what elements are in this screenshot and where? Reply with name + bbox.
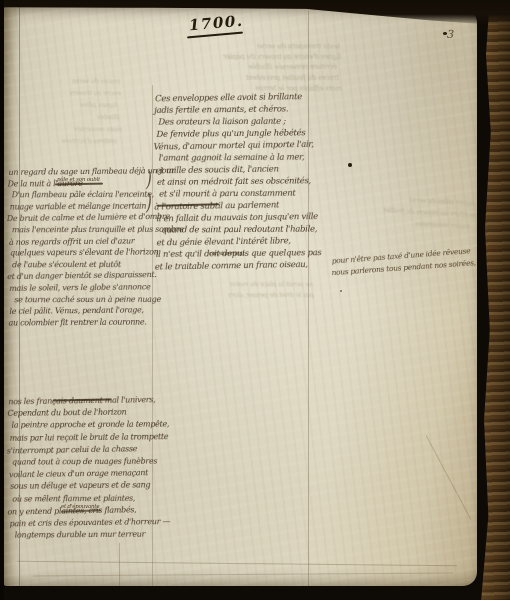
handwriting-line: lignes d'encre au travers du papier bbox=[161, 52, 341, 63]
handwriting-line: mais l'enceinte plus tranquille et plus … bbox=[12, 224, 162, 236]
handwriting-line: ombres d'écriture bbox=[17, 135, 117, 147]
handwriting-line: et du génie élevant l'intérêt libre, bbox=[157, 235, 325, 249]
right-margin-annotation: pour n'être pas taxé d'une idée rêveusen… bbox=[330, 245, 481, 279]
handwriting-line: et le traitable comme un franc oiseau, bbox=[155, 259, 323, 274]
folio-number: 3 bbox=[447, 28, 455, 41]
handwriting-line: ne serait la place du moins bbox=[188, 279, 313, 291]
handwriting-line: encre au travers bbox=[21, 87, 121, 99]
handwriting-line: le ciel pâlit. Vénus, pendant l'orage, bbox=[9, 304, 159, 317]
ink-blot bbox=[348, 163, 352, 167]
handwriting-line: Des orateurs la liaison galante ; bbox=[158, 115, 326, 128]
handwriting-line: la peintre approche et gronde la tempête… bbox=[12, 419, 174, 432]
handwriting-line: lignes pâles bbox=[17, 99, 117, 111]
book-photograph: 1700. 3 texte transparu du versolignes d… bbox=[0, 0, 510, 600]
handwriting-line: mots renversés bbox=[22, 123, 122, 136]
handwriting-line: traces du feuillet précédent bbox=[161, 73, 339, 84]
interlinear-correction: constamment bbox=[209, 251, 244, 257]
handwriting-line: écriture renversée illisible bbox=[157, 62, 337, 73]
left-text-column: un regard du sage un flambeau déjà un jo… bbox=[7, 165, 158, 328]
ink-blot bbox=[340, 290, 342, 292]
handwriting-line: D'un flambeau pâle éclaira l'enceinte, bbox=[12, 189, 162, 201]
rule-bottom-left bbox=[119, 543, 120, 586]
year-heading: 1700. bbox=[188, 12, 244, 35]
handwriting-line: traces du verso bbox=[20, 75, 120, 87]
handwriting-line: nos les français daument mal l'univers, bbox=[8, 394, 170, 409]
handwriting-line: texte transparu du verso bbox=[160, 41, 340, 52]
manuscript-page: 1700. 3 texte transparu du versolignes d… bbox=[3, 7, 477, 586]
book-spine-edge bbox=[0, 0, 4, 600]
handwriting-line: au colombier fit rentrer la couronne. bbox=[8, 316, 158, 329]
handwriting-line: sous un déluge et vapeurs et de sang bbox=[10, 480, 170, 494]
handwriting-line: mais le soleil, vers le globe s'annonce bbox=[9, 281, 159, 294]
center-text-column: Ces enveloppes elle avoit si brillanteja… bbox=[154, 91, 324, 273]
handwriting-line: à nos regards offrit un ciel d'azur bbox=[9, 235, 159, 248]
handwriting-line: et mille des soucis dit, l'ancien bbox=[156, 163, 324, 177]
paper-crease bbox=[17, 561, 457, 567]
bleedthrough-top: texte transparu du versolignes d'encre a… bbox=[161, 41, 341, 94]
handwriting-line: longtemps durable un mur terreur bbox=[15, 529, 175, 542]
handwriting-line: pas le droit de penser, alors bbox=[189, 290, 314, 301]
ink-brace-mark: ) bbox=[146, 189, 152, 216]
lower-left-text-block: nos les français daument mal l'univers,C… bbox=[7, 394, 171, 542]
paper-crease bbox=[33, 573, 453, 577]
handwriting-line: Ces enveloppes elle avoit si brillante bbox=[155, 91, 323, 105]
bleedthrough-right: lignes pâles du versoécriture au travers… bbox=[324, 189, 476, 233]
handwriting-line: quelques vapeurs s'élevant de l'horizon bbox=[10, 247, 158, 260]
paper-crease bbox=[426, 435, 471, 519]
bleedthrough-left-margin: traces du versoencre au traverslignes pâ… bbox=[21, 75, 121, 147]
bleedthrough-below-center: ne serait la place du moinspas le droit … bbox=[189, 279, 314, 301]
ink-blot bbox=[443, 32, 447, 35]
handwriting-line: illisible bbox=[21, 111, 119, 123]
